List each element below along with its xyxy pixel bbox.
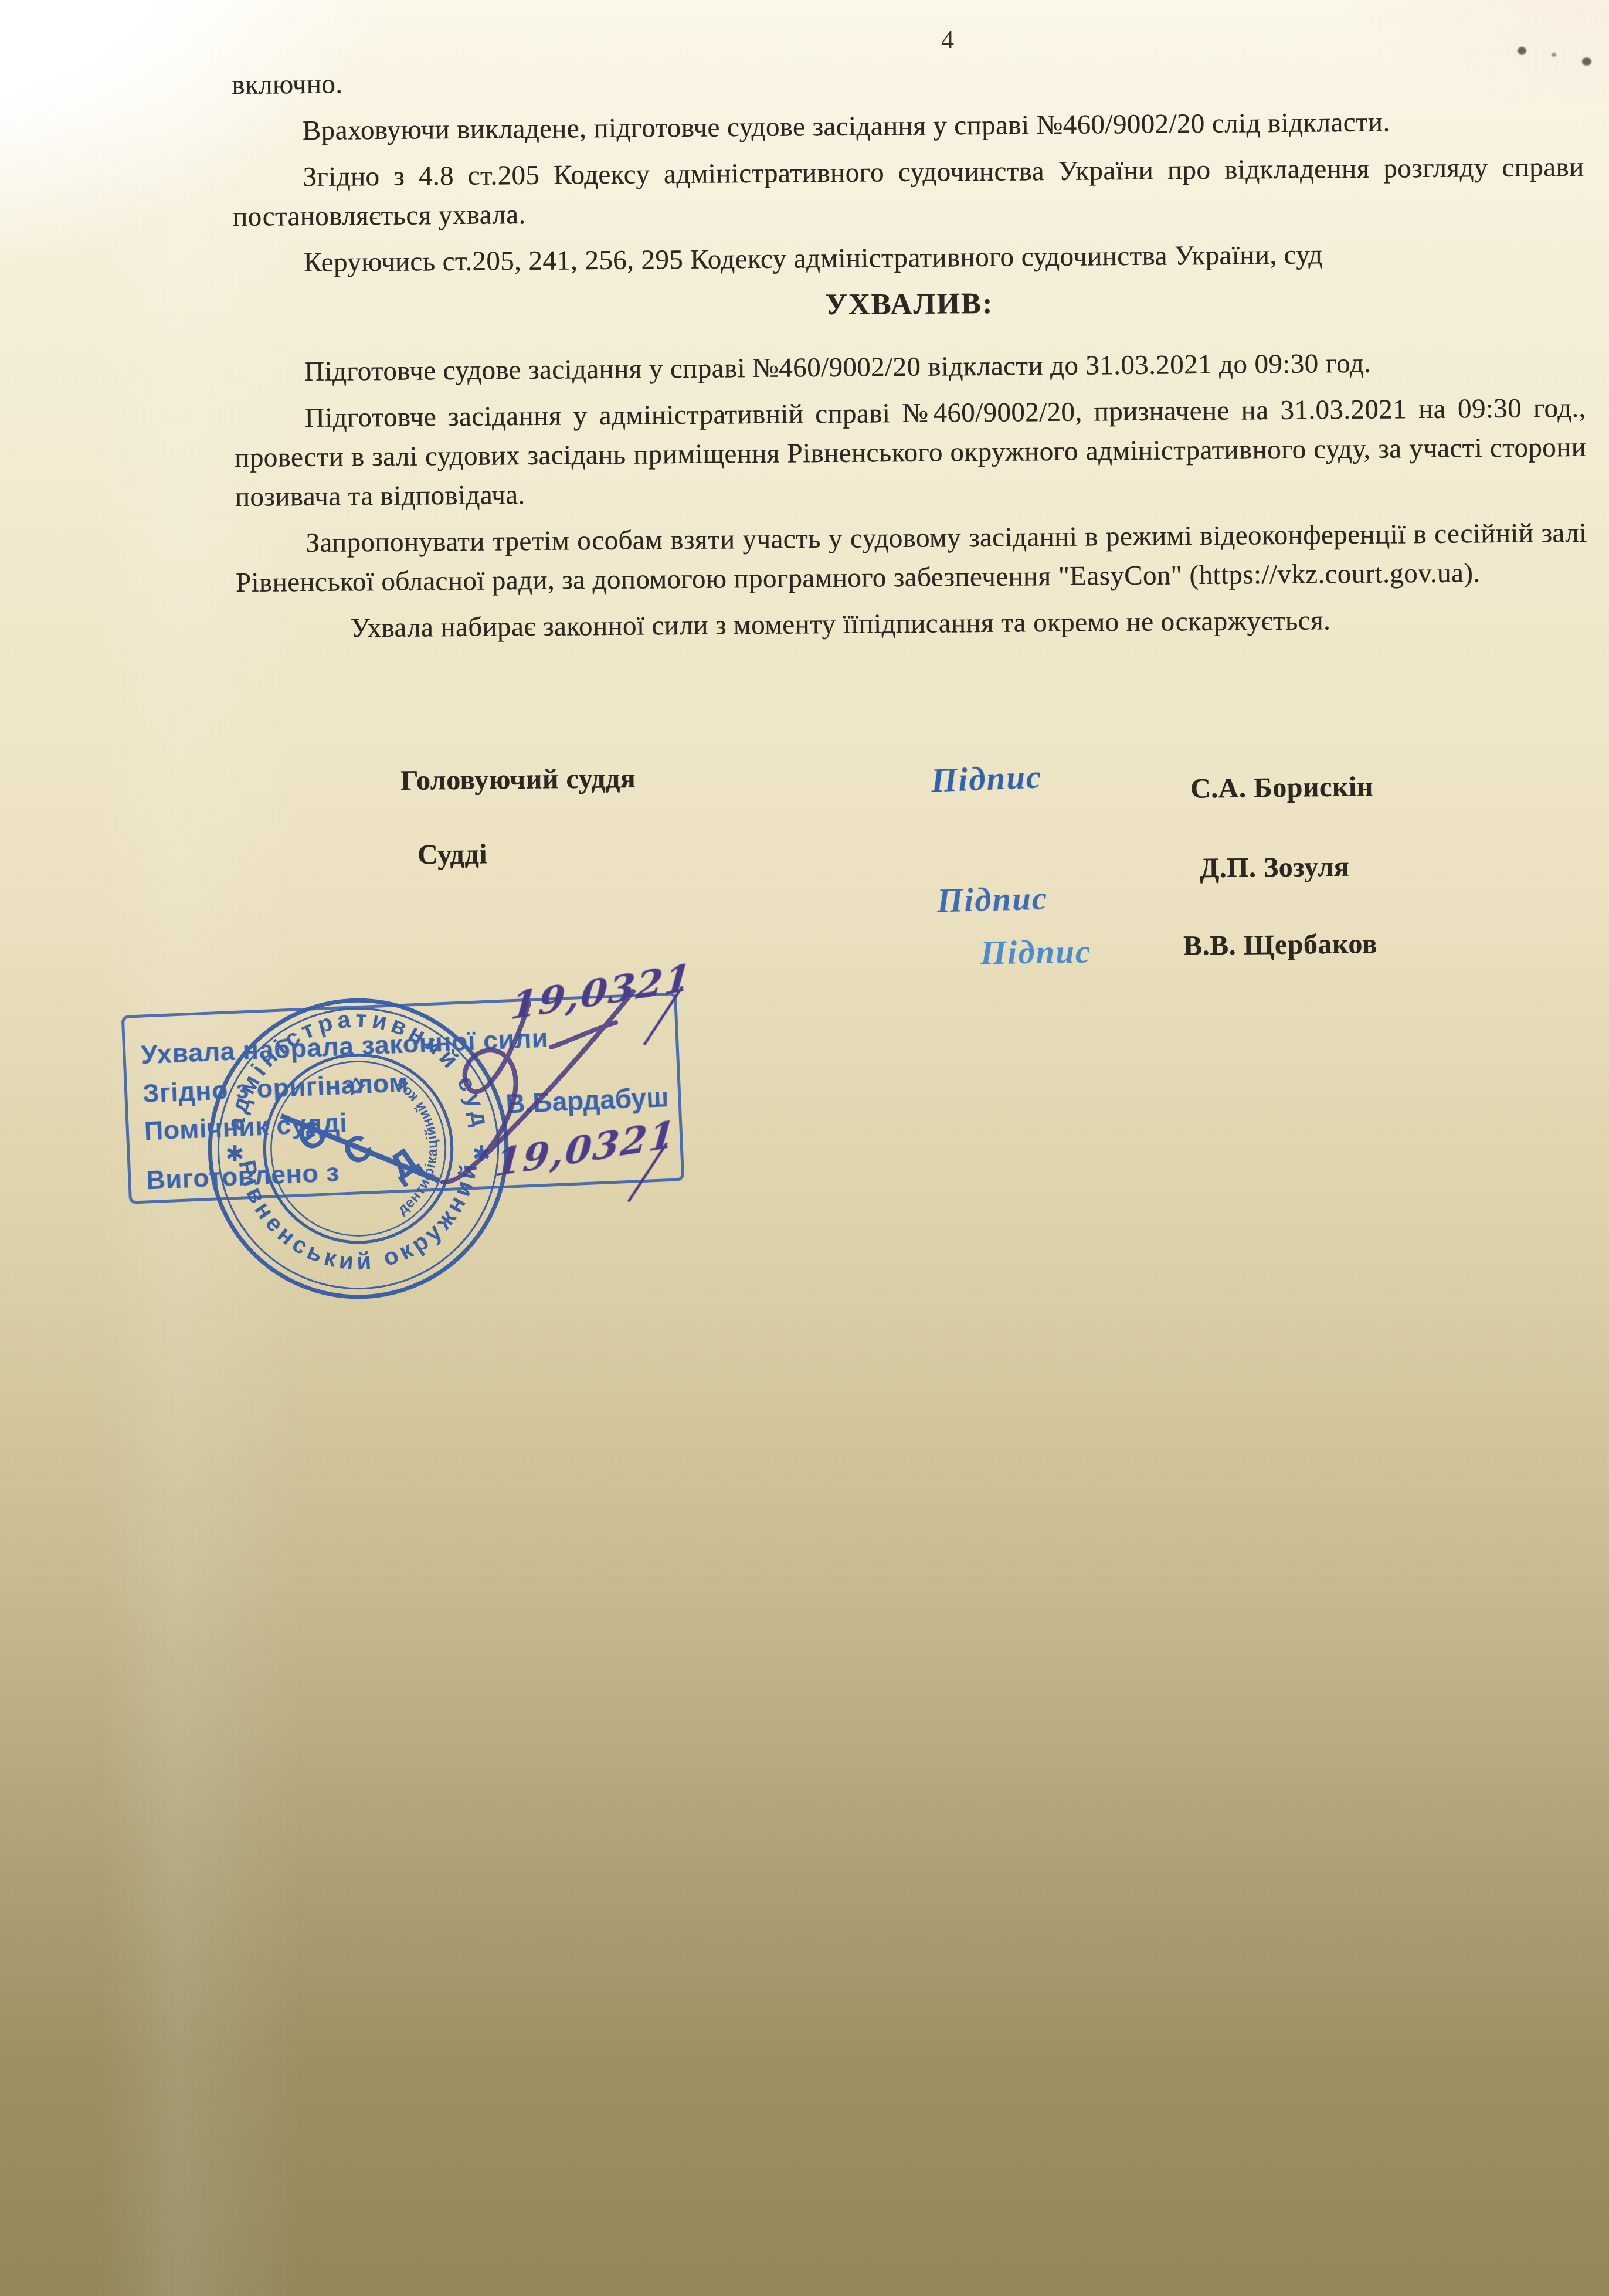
resolution-heading: УХВАЛИВ: xyxy=(233,280,1585,330)
judge-name-zozulia: Д.П. Зозуля xyxy=(1200,851,1350,885)
scanned-court-document-page: 4 включно. Враховуючи викладене, підгото… xyxy=(0,0,1609,2296)
paragraph-7: Ухвала набирає законної сили з моменту ї… xyxy=(236,599,1587,649)
paragraph-1: Враховуючи викладене, підготовче судове … xyxy=(232,101,1584,151)
ink-speck xyxy=(1518,47,1526,55)
paragraph-continuation: включно. xyxy=(232,55,1583,105)
judge-name-boryskin: С.А. Борискін xyxy=(1190,770,1373,804)
stamp-line-produced: Виготовлено з xyxy=(145,1157,340,1196)
handwritten-signature xyxy=(340,959,715,1217)
document-body: включно. Враховуючи викладене, підготовч… xyxy=(232,55,1588,656)
judge-name-shcherbakov: В.В. Щербаков xyxy=(1183,928,1378,962)
judges-label: Судді xyxy=(417,838,487,871)
paragraph-6: Запропонувати третім особам взяти участь… xyxy=(235,514,1587,603)
stamp-line-assistant-judge: Помічник судді xyxy=(144,1108,348,1146)
ink-speck xyxy=(1582,57,1591,66)
presiding-judge-label: Головуючий суддя xyxy=(400,762,636,797)
paragraph-2: Згідно з 4.8 ст.205 Кодексу адміністрати… xyxy=(232,148,1584,237)
signature-stamp-pidpys-1: Підпис xyxy=(931,758,1043,800)
signature-stamp-pidpys-2: Підпис xyxy=(936,879,1048,921)
paragraph-5: Підготовче засідання у адміністративній … xyxy=(234,389,1587,517)
paragraph-3: Керуючись ст.205, 241, 256, 295 Кодексу … xyxy=(233,233,1584,283)
page-number: 4 xyxy=(941,25,954,55)
paragraph-4: Підготовче судове засідання у справі №46… xyxy=(234,342,1586,392)
signature-stamp-pidpys-3: Підпис xyxy=(980,933,1092,973)
